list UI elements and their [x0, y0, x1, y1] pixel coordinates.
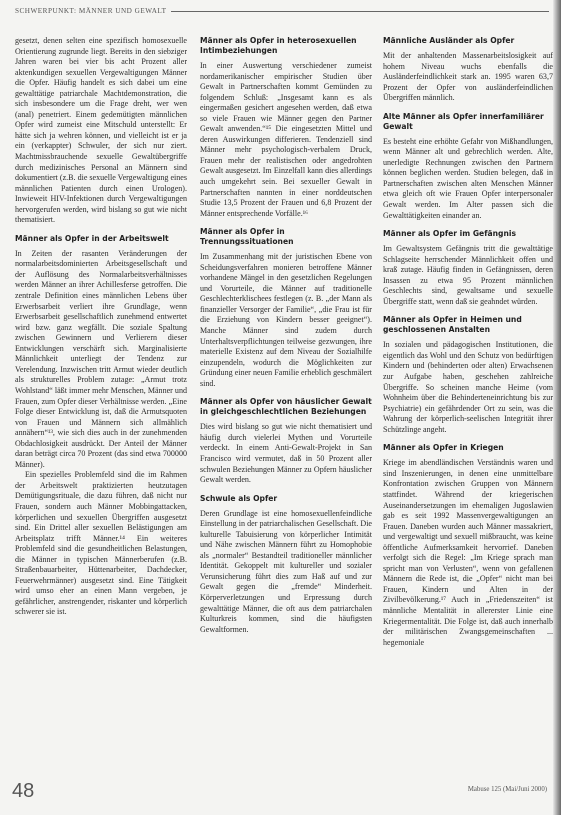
running-head-rule — [171, 11, 549, 12]
section-heading: Männer als Opfer in Heimen und geschloss… — [383, 315, 553, 335]
column-1: gesetzt, denen selten eine spezifisch ho… — [15, 36, 187, 618]
section-heading: Schwule als Opfer — [200, 494, 372, 504]
paragraph: Mit der anhaltenden Massenarbeitslosigke… — [383, 51, 553, 104]
section-heading: Alte Männer als Opfer innerfamiliärer Ge… — [383, 112, 553, 132]
page-number: 48 — [12, 780, 34, 803]
paragraph: Kriege im abendländischen Verständnis wa… — [383, 458, 553, 648]
paragraph: gesetzt, denen selten eine spezifisch ho… — [15, 36, 187, 226]
publication-footer: Mabuse 125 (Mai/Juni 2000) — [468, 786, 547, 793]
paragraph: In einer Auswertung verschiedener zumeis… — [200, 61, 372, 219]
paragraph: In Zeiten der rasanten Veränderungen der… — [15, 249, 187, 470]
section-heading: Männliche Ausländer als Opfer — [383, 36, 553, 46]
running-head-text: Schwerpunkt: Männer und Gewalt — [15, 7, 171, 15]
section-heading: Männer als Opfer in Trennungssituationen — [200, 227, 372, 247]
page-edge-shadow — [553, 0, 561, 815]
paragraph: Es besteht eine erhöhte Gefahr von Mißha… — [383, 137, 553, 221]
section-heading: Männer als Opfer im Gefängnis — [383, 229, 553, 239]
column-2: Männer als Opfer in heterosexuellen Inti… — [200, 36, 372, 635]
section-heading: Männer als Opfer in der Arbeitswelt — [15, 234, 187, 244]
paragraph: Deren Grundlage ist eine homosexuellenfe… — [200, 509, 372, 636]
paragraph: Im Zusammenhang mit der juristischen Ebe… — [200, 252, 372, 389]
section-heading: Männer als Opfer in Kriegen — [383, 443, 553, 453]
column-3: Männliche Ausländer als Opfer Mit der an… — [383, 36, 553, 648]
section-heading: Männer als Opfer in heterosexuellen Inti… — [200, 36, 372, 56]
section-heading: Männer als Opfer von häuslicher Gewalt i… — [200, 397, 372, 417]
paragraph: In sozialen und pädagogischen Institutio… — [383, 340, 553, 435]
paragraph: Dies wird bislang so gut wie nicht thema… — [200, 422, 372, 485]
running-head: Schwerpunkt: Männer und Gewalt — [15, 5, 549, 17]
paragraph: Im Gewaltsystem Gefängnis tritt die gewa… — [383, 244, 553, 307]
paragraph: Ein spezielles Problemfeld sind die im R… — [15, 470, 187, 618]
